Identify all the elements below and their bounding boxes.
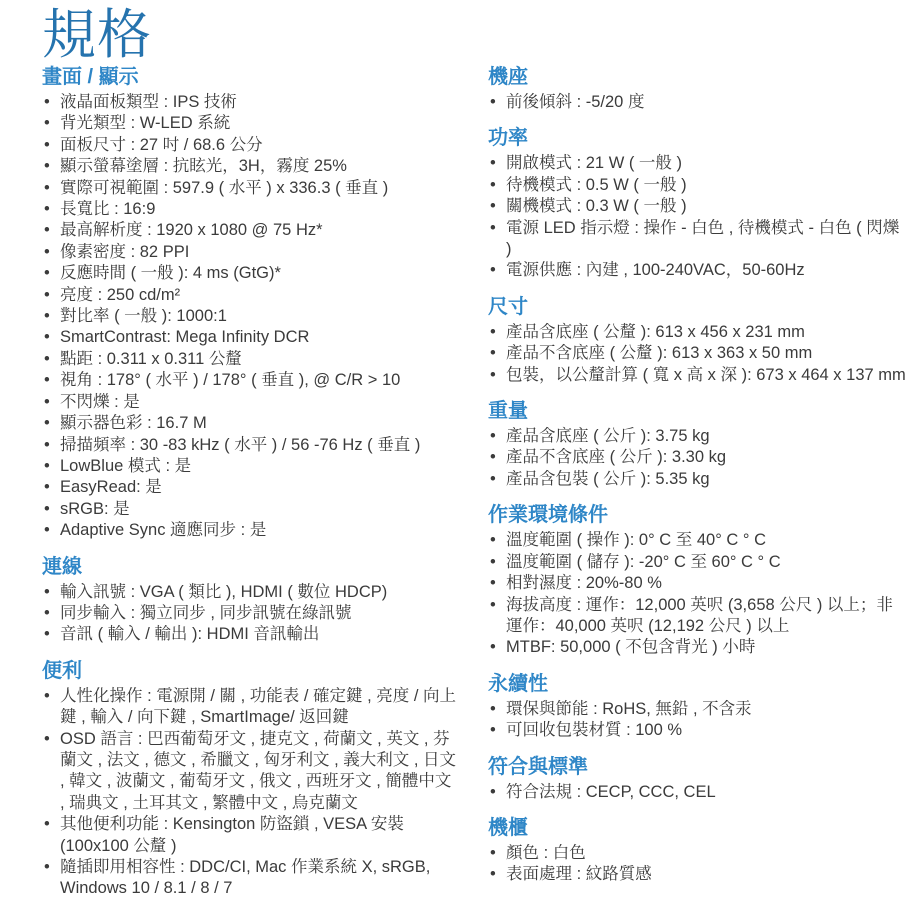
- spec-item: 電源 LED 指示燈 : 操作 - 白色 , 待機模式 - 白色 ( 閃爍 ): [488, 218, 906, 261]
- spec-item: 產品不含底座 ( 公釐 ): 613 x 363 x 50 mm: [488, 343, 906, 364]
- spec-item: MTBF: 50,000 ( 不包含背光 ) 小時: [488, 637, 906, 658]
- spec-list: 液晶面板類型 : IPS 技術背光類型 : W-LED 系統面板尺寸 : 27 …: [42, 92, 460, 542]
- spec-item: 隨插即用相容性 : DDC/CI, Mac 作業系統 X, sRGB, Wind…: [42, 857, 460, 900]
- spec-list: 顏色 : 白色表面處理 : 紋路質感: [488, 843, 906, 886]
- left-column-sections: 畫面 / 顯示液晶面板類型 : IPS 技術背光類型 : W-LED 系統面板尺…: [42, 66, 460, 900]
- spec-item: 顯示器色彩 : 16.7 M: [42, 413, 460, 434]
- spec-item: 面板尺寸 : 27 吋 / 68.6 公分: [42, 135, 460, 156]
- spec-item: 其他便利功能 : Kensington 防盜鎖 , VESA 安裝 (100x1…: [42, 814, 460, 857]
- spec-section: 連線輸入訊號 : VGA ( 類比 ), HDMI ( 數位 HDCP)同步輸入…: [42, 556, 460, 646]
- spec-item: 溫度範圍 ( 儲存 ): -20° C 至 60° C ° C: [488, 552, 906, 573]
- spec-list: 產品含底座 ( 公斤 ): 3.75 kg產品不含底座 ( 公斤 ): 3.30…: [488, 426, 906, 490]
- section-heading: 機櫃: [488, 817, 906, 840]
- spec-item: OSD 語言 : 巴西葡萄牙文 , 捷克文 , 荷蘭文 , 英文 , 芬蘭文 ,…: [42, 729, 460, 815]
- spec-item: 表面處理 : 紋路質感: [488, 864, 906, 885]
- spec-list: 溫度範圍 ( 操作 ): 0° C 至 40° C ° C溫度範圍 ( 儲存 )…: [488, 530, 906, 658]
- spec-item: 點距 : 0.311 x 0.311 公釐: [42, 349, 460, 370]
- spec-item: 實際可視範圍 : 597.9 ( 水平 ) x 336.3 ( 垂直 ): [42, 178, 460, 199]
- spec-item: 產品不含底座 ( 公斤 ): 3.30 kg: [488, 447, 906, 468]
- right-column-sections: 機座前後傾斜 : -5/20 度功率開啟模式 : 21 W ( 一般 )待機模式…: [488, 66, 906, 886]
- spec-item: 最高解析度 : 1920 x 1080 @ 75 Hz*: [42, 220, 460, 241]
- section-heading: 符合與標準: [488, 756, 906, 779]
- spec-item: 顏色 : 白色: [488, 843, 906, 864]
- spec-item: 電源供應 : 內建 , 100-240VAC，50-60Hz: [488, 260, 906, 281]
- spec-item: 不閃爍 : 是: [42, 392, 460, 413]
- left-column: 規格 畫面 / 顯示液晶面板類型 : IPS 技術背光類型 : W-LED 系統…: [42, 6, 460, 921]
- spec-item: 相對濕度 : 20%-80 %: [488, 573, 906, 594]
- spec-section: 符合與標準符合法規 : CECP, CCC, CEL: [488, 756, 906, 803]
- spec-item: 環保與節能 : RoHS, 無鉛 , 不含汞: [488, 699, 906, 720]
- section-heading: 尺寸: [488, 296, 906, 319]
- section-heading: 永續性: [488, 673, 906, 696]
- spec-item: 音訊 ( 輸入 / 輸出 ): HDMI 音訊輸出: [42, 624, 460, 645]
- spec-section: 重量產品含底座 ( 公斤 ): 3.75 kg產品不含底座 ( 公斤 ): 3.…: [488, 400, 906, 490]
- spec-item: 海拔高度 : 運作：12,000 英呎 (3,658 公尺 ) 以上；非運作：4…: [488, 595, 906, 638]
- spec-section: 作業環境條件溫度範圍 ( 操作 ): 0° C 至 40° C ° C溫度範圍 …: [488, 504, 906, 658]
- spec-item: 像素密度 : 82 PPI: [42, 242, 460, 263]
- spec-list: 產品含底座 ( 公釐 ): 613 x 456 x 231 mm產品不含底座 (…: [488, 322, 906, 386]
- spec-item: 溫度範圍 ( 操作 ): 0° C 至 40° C ° C: [488, 530, 906, 551]
- spec-section: 尺寸產品含底座 ( 公釐 ): 613 x 456 x 231 mm產品不含底座…: [488, 296, 906, 386]
- spec-list: 人性化操作 : 電源開 / 關 , 功能表 / 確定鍵 , 亮度 / 向上鍵 ,…: [42, 686, 460, 900]
- spec-item: 背光類型 : W-LED 系統: [42, 113, 460, 134]
- page-title: 規格: [42, 6, 460, 64]
- section-heading: 作業環境條件: [488, 504, 906, 527]
- spec-item: sRGB: 是: [42, 499, 460, 520]
- spec-section: 機座前後傾斜 : -5/20 度: [488, 66, 906, 113]
- section-heading: 連線: [42, 556, 460, 579]
- spec-item: SmartContrast: Mega Infinity DCR: [42, 327, 460, 348]
- spec-item: 同步輸入 : 獨立同步 , 同步訊號在綠訊號: [42, 603, 460, 624]
- spec-item: 長寬比 : 16:9: [42, 199, 460, 220]
- right-column: 機座前後傾斜 : -5/20 度功率開啟模式 : 21 W ( 一般 )待機模式…: [488, 6, 906, 921]
- spec-section: 功率開啟模式 : 21 W ( 一般 )待機模式 : 0.5 W ( 一般 )關…: [488, 127, 906, 281]
- spec-section: 便利人性化操作 : 電源開 / 關 , 功能表 / 確定鍵 , 亮度 / 向上鍵…: [42, 660, 460, 900]
- section-heading: 機座: [488, 66, 906, 89]
- spec-item: 顯示螢幕塗層 : 抗眩光，3H，霧度 25%: [42, 156, 460, 177]
- section-heading: 便利: [42, 660, 460, 683]
- spec-section: 永續性環保與節能 : RoHS, 無鉛 , 不含汞可回收包裝材質 : 100 %: [488, 673, 906, 742]
- spec-item: 液晶面板類型 : IPS 技術: [42, 92, 460, 113]
- spec-list: 環保與節能 : RoHS, 無鉛 , 不含汞可回收包裝材質 : 100 %: [488, 699, 906, 742]
- spec-item: 關機模式 : 0.3 W ( 一般 ): [488, 196, 906, 217]
- spec-item: 符合法規 : CECP, CCC, CEL: [488, 782, 906, 803]
- spec-item: LowBlue 模式 : 是: [42, 456, 460, 477]
- spec-page: 規格 畫面 / 顯示液晶面板類型 : IPS 技術背光類型 : W-LED 系統…: [0, 0, 921, 921]
- spec-item: 反應時間 ( 一般 ): 4 ms (GtG)*: [42, 263, 460, 284]
- spec-list: 符合法規 : CECP, CCC, CEL: [488, 782, 906, 803]
- spec-item: 待機模式 : 0.5 W ( 一般 ): [488, 175, 906, 196]
- spec-item: 包裝，以公釐計算 ( 寬 x 高 x 深 ): 673 x 464 x 137 …: [488, 365, 906, 386]
- spec-item: 輸入訊號 : VGA ( 類比 ), HDMI ( 數位 HDCP): [42, 582, 460, 603]
- section-heading: 重量: [488, 400, 906, 423]
- spec-item: EasyRead: 是: [42, 477, 460, 498]
- spec-item: 視角 : 178° ( 水平 ) / 178° ( 垂直 ), @ C/R > …: [42, 370, 460, 391]
- spec-item: 產品含底座 ( 公釐 ): 613 x 456 x 231 mm: [488, 322, 906, 343]
- spec-item: 可回收包裝材質 : 100 %: [488, 720, 906, 741]
- spec-item: 亮度 : 250 cd/m²: [42, 285, 460, 306]
- spec-section: 機櫃顏色 : 白色表面處理 : 紋路質感: [488, 817, 906, 886]
- spec-item: 掃描頻率 : 30 -83 kHz ( 水平 ) / 56 -76 Hz ( 垂…: [42, 435, 460, 456]
- spec-item: 人性化操作 : 電源開 / 關 , 功能表 / 確定鍵 , 亮度 / 向上鍵 ,…: [42, 686, 460, 729]
- section-heading: 功率: [488, 127, 906, 150]
- spec-list: 前後傾斜 : -5/20 度: [488, 92, 906, 113]
- spec-section: 畫面 / 顯示液晶面板類型 : IPS 技術背光類型 : W-LED 系統面板尺…: [42, 66, 460, 542]
- spec-item: 開啟模式 : 21 W ( 一般 ): [488, 153, 906, 174]
- spec-list: 輸入訊號 : VGA ( 類比 ), HDMI ( 數位 HDCP)同步輸入 :…: [42, 582, 460, 646]
- spec-list: 開啟模式 : 21 W ( 一般 )待機模式 : 0.5 W ( 一般 )關機模…: [488, 153, 906, 281]
- spec-item: Adaptive Sync 適應同步 : 是: [42, 520, 460, 541]
- spec-item: 產品含底座 ( 公斤 ): 3.75 kg: [488, 426, 906, 447]
- spec-item: 對比率 ( 一般 ): 1000:1: [42, 306, 460, 327]
- spec-item: 前後傾斜 : -5/20 度: [488, 92, 906, 113]
- spec-item: 產品含包裝 ( 公斤 ): 5.35 kg: [488, 469, 906, 490]
- section-heading: 畫面 / 顯示: [42, 66, 460, 89]
